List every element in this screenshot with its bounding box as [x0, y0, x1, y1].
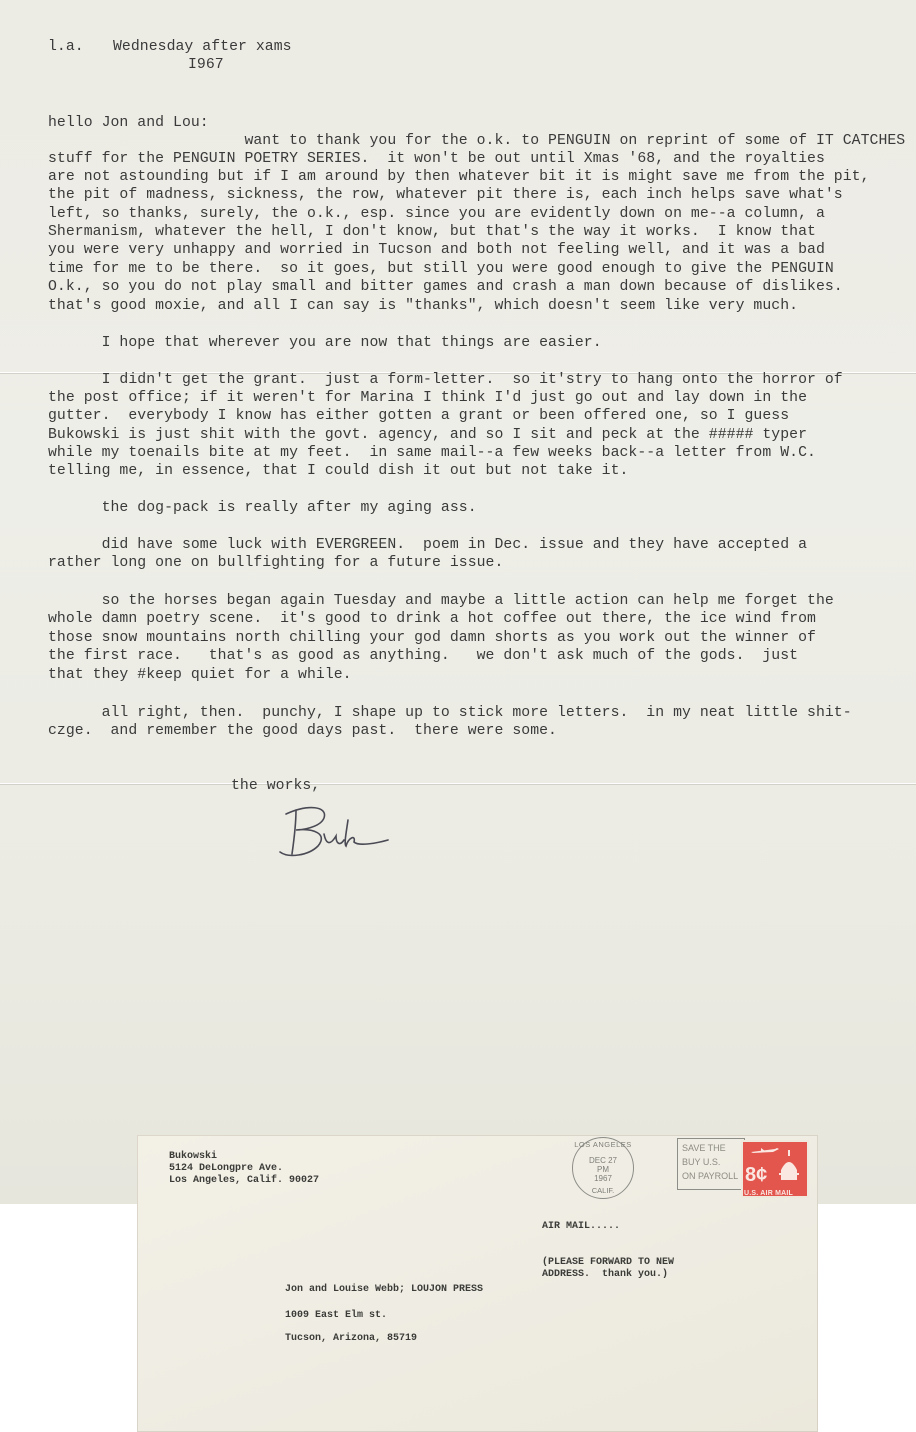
text-line: want to thank you for the o.k. to PENGUI…: [48, 132, 905, 150]
postmark: LOS ANGELES DEC 27 PM 1967 CALIF.: [572, 1137, 634, 1199]
text-line: the dog-pack is really after my aging as…: [48, 499, 477, 517]
postmark-city: LOS ANGELES: [573, 1140, 633, 1149]
return-street: 5124 DeLongpre Ave.: [169, 1163, 283, 1175]
text-line: O.k., so you do not play small and bitte…: [48, 278, 843, 296]
text-line: czge. and remember the good days past. t…: [48, 722, 557, 740]
postmark-state: CALIF.: [573, 1186, 633, 1195]
recipient-street: 1009 East Elm st.: [285, 1310, 387, 1322]
text-line: you were very unhappy and worried in Tuc…: [48, 241, 825, 259]
text-line: time for me to be there. so it goes, but…: [48, 260, 834, 278]
signature-buk: [278, 800, 398, 870]
letter-day: Wednesday after xams: [113, 38, 292, 56]
text-line: did have some luck with EVERGREEN. poem …: [48, 536, 807, 554]
letter-year: I967: [188, 56, 224, 74]
recipient-name: Jon and Louise Webb; LOUJON PRESS: [285, 1284, 483, 1296]
envelope: Bukowski 5124 DeLongpre Ave. Los Angeles…: [137, 1135, 818, 1432]
fold-crease: [0, 783, 916, 784]
recipient-city: Tucson, Arizona, 85719: [285, 1333, 417, 1345]
text-line: while my toenails bite at my feet. in sa…: [48, 444, 816, 462]
text-line: those snow mountains north chilling your…: [48, 629, 816, 647]
text-line: stuff for the PENGUIN POETRY SERIES. it …: [48, 150, 825, 168]
postmark-year: 1967: [573, 1174, 633, 1183]
postmark-date: DEC 27: [573, 1156, 633, 1165]
postmark-time: PM: [573, 1165, 633, 1174]
forward-note: (PLEASE FORWARD TO NEW ADDRESS. thank yo…: [542, 1257, 674, 1281]
text-line: gutter. everybody I know has either gott…: [48, 407, 789, 425]
text-line: are not astounding but if I am around by…: [48, 168, 870, 186]
letter-page: l.a. Wednesday after xams I967 hello Jon…: [0, 0, 916, 1204]
return-name: Bukowski: [169, 1151, 217, 1163]
text-line: the first race. that's as good as anythi…: [48, 647, 798, 665]
return-city: Los Angeles, Calif. 90027: [169, 1175, 319, 1187]
text-line: Shermanism, whatever the hell, I don't k…: [48, 223, 816, 241]
text-line: that's good moxie, and all I can say is …: [48, 297, 798, 315]
letter-place: l.a.: [48, 38, 84, 56]
text-line: so the horses began again Tuesday and ma…: [48, 592, 834, 610]
text-line: the post office; if it weren't for Marin…: [48, 389, 807, 407]
stamp-value: 8¢: [745, 1164, 767, 1187]
closing: the works,: [231, 777, 320, 795]
stamp-label: U.S. AIR MAIL: [744, 1190, 793, 1197]
text-line: telling me, in essence, that I could dis…: [48, 462, 628, 480]
text-line: Bukowski is just shit with the govt. age…: [48, 426, 807, 444]
text-line: all right, then. punchy, I shape up to s…: [48, 704, 852, 722]
postmark-date-block: DEC 27 PM 1967: [573, 1156, 633, 1183]
text-line: the pit of madness, sickness, the row, w…: [48, 186, 843, 204]
salutation: hello Jon and Lou:: [48, 114, 209, 132]
text-line: whole damn poetry scene. it's good to dr…: [48, 610, 816, 628]
airmail-stamp: 8¢ U.S. AIR MAIL: [741, 1140, 809, 1198]
air-mail-note: AIR MAIL.....: [542, 1221, 620, 1233]
text-line: rather long one on bullfighting for a fu…: [48, 554, 503, 572]
text-line: that they #keep quiet for a while.: [48, 666, 352, 684]
text-line: left, so thanks, surely, the o.k., esp. …: [48, 205, 825, 223]
slogan-cancel: SAVE THE BUY U.S. ON PAYROLL: [677, 1138, 745, 1190]
text-line: I hope that wherever you are now that th…: [48, 334, 602, 352]
text-line: I didn't get the grant. just a form-lett…: [48, 371, 843, 389]
